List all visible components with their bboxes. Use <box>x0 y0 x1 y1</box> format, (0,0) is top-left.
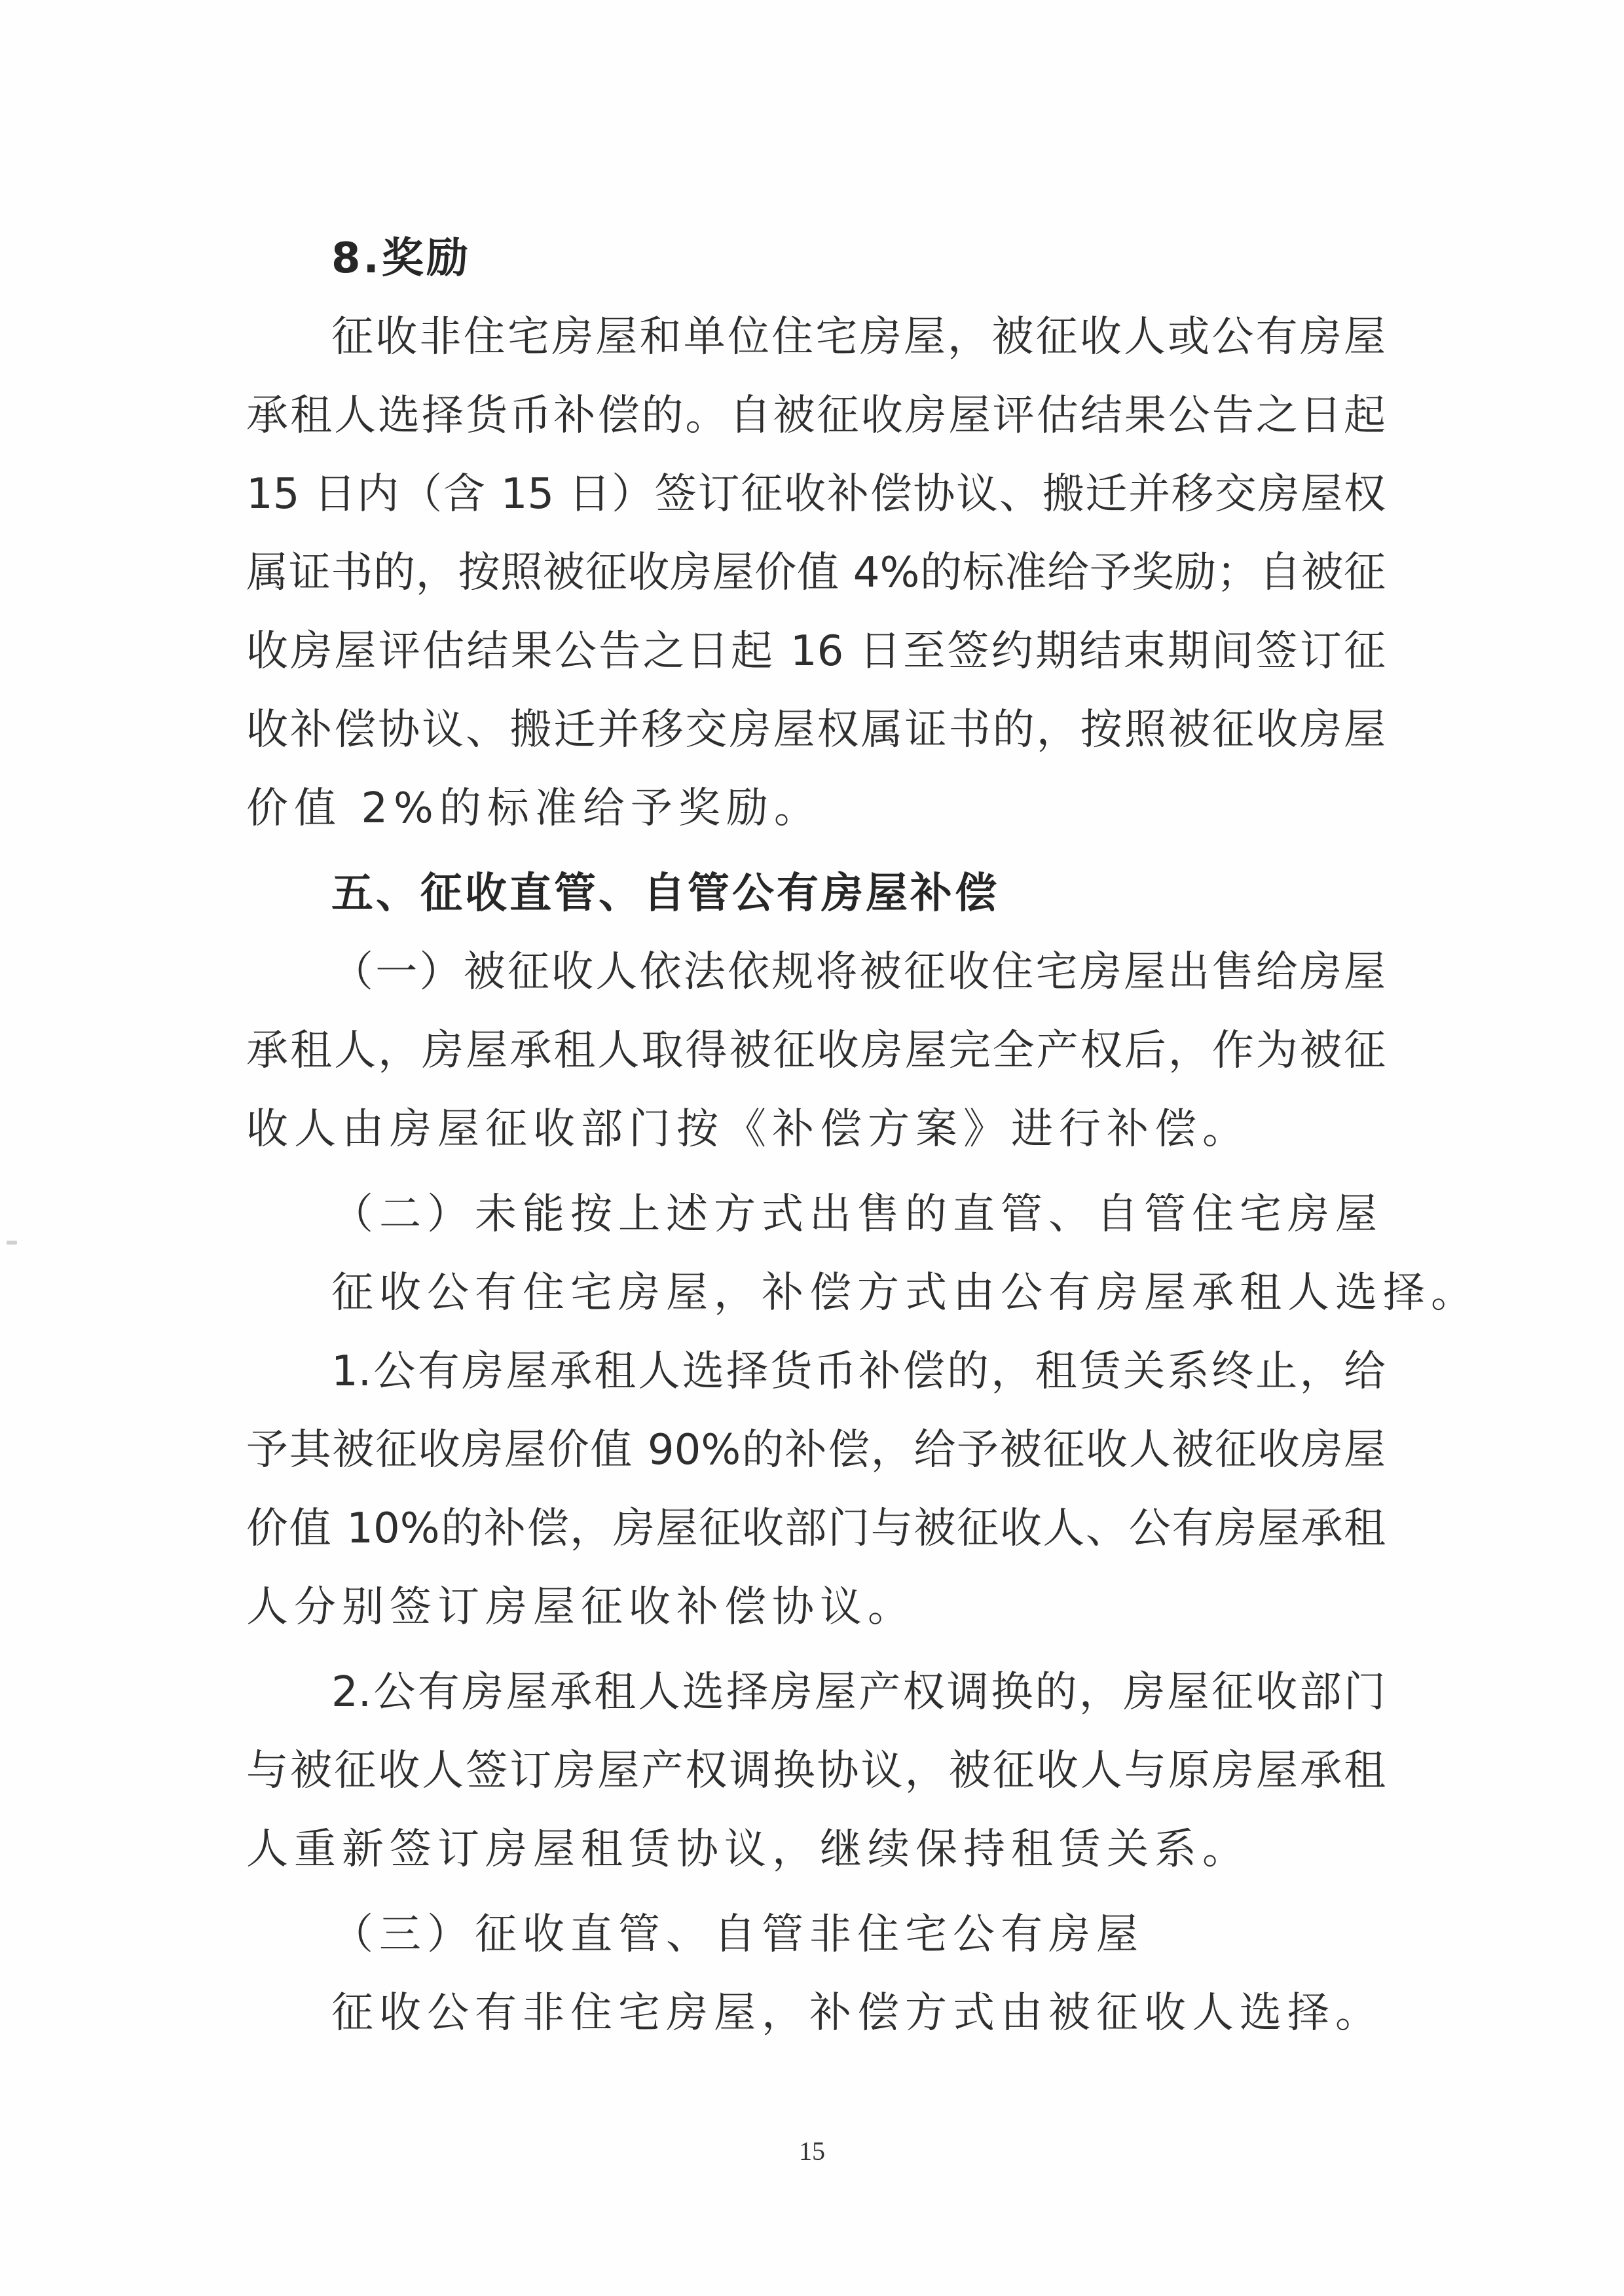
paragraph-line: 价值 10%的补偿，房屋征收部门与被征收人、公有房屋承租 <box>246 1503 1386 1555</box>
scan-margin-mark <box>7 1241 17 1245</box>
paragraph-line: 人重新签订房屋租赁协议，继续保持租赁关系。 <box>246 1823 1386 1876</box>
paragraph-line: 2.公有房屋承租人选择房屋产权调换的，房屋征收部门 <box>331 1666 1386 1719</box>
paragraph-line: 价值 2%的标准给予奖励。 <box>246 782 1386 835</box>
paragraph-line: 属证书的，按照被征收房屋价值 4%的标准给予奖励；自被征 <box>246 547 1386 599</box>
paragraph-line: 15 日内（含 15 日）签订征收补偿协议、搬迁并移交房屋权 <box>246 468 1386 520</box>
paragraph-line: 征收非住宅房屋和单位住宅房屋，被征收人或公有房屋 <box>331 311 1386 363</box>
paragraph-line: 承租人选择货币补偿的。自被征收房屋评估结果公告之日起 <box>246 390 1386 442</box>
paragraph-line: （一）被征收人依法依规将被征收住宅房屋出售给房屋 <box>331 946 1386 998</box>
paragraph-line: 1.公有房屋承租人选择货币补偿的，租赁关系终止，给 <box>331 1345 1386 1398</box>
document-page: 8.奖励 征收非住宅房屋和单位住宅房屋，被征收人或公有房屋 承租人选择货币补偿的… <box>0 0 1624 2296</box>
paragraph-line: 收房屋评估结果公告之日起 16 日至签约期结束期间签订征 <box>246 625 1386 678</box>
subsection-3-title: （三）征收直管、自管非住宅公有房屋 <box>331 1908 1471 1961</box>
paragraph-line: 征收公有非住宅房屋，补偿方式由被征收人选择。 <box>331 1987 1471 2039</box>
paragraph-line: 承租人，房屋承租人取得被征收房屋完全产权后，作为被征 <box>246 1025 1386 1077</box>
heading-reward: 8.奖励 <box>331 232 1471 285</box>
paragraph-line: 与被征收人签订房屋产权调换协议，被征收人与原房屋承租 <box>246 1745 1386 1797</box>
paragraph-line: 征收公有住宅房屋，补偿方式由公有房屋承租人选择。 <box>331 1267 1471 1319</box>
paragraph-line: 人分别签订房屋征收补偿协议。 <box>246 1581 1386 1633</box>
subsection-2-title: （二）未能按上述方式出售的直管、自管住宅房屋 <box>331 1188 1471 1241</box>
paragraph-line: 收补偿协议、搬迁并移交房屋权属证书的，按照被征收房屋 <box>246 704 1386 756</box>
section-5-title: 五、征收直管、自管公有房屋补偿 <box>331 867 1471 920</box>
paragraph-line: 予其被征收房屋价值 90%的补偿，给予被征收人被征收房屋 <box>246 1424 1386 1476</box>
paragraph-line: 收人由房屋征收部门按《补偿方案》进行补偿。 <box>246 1103 1386 1156</box>
page-number: 15 <box>799 2136 825 2166</box>
